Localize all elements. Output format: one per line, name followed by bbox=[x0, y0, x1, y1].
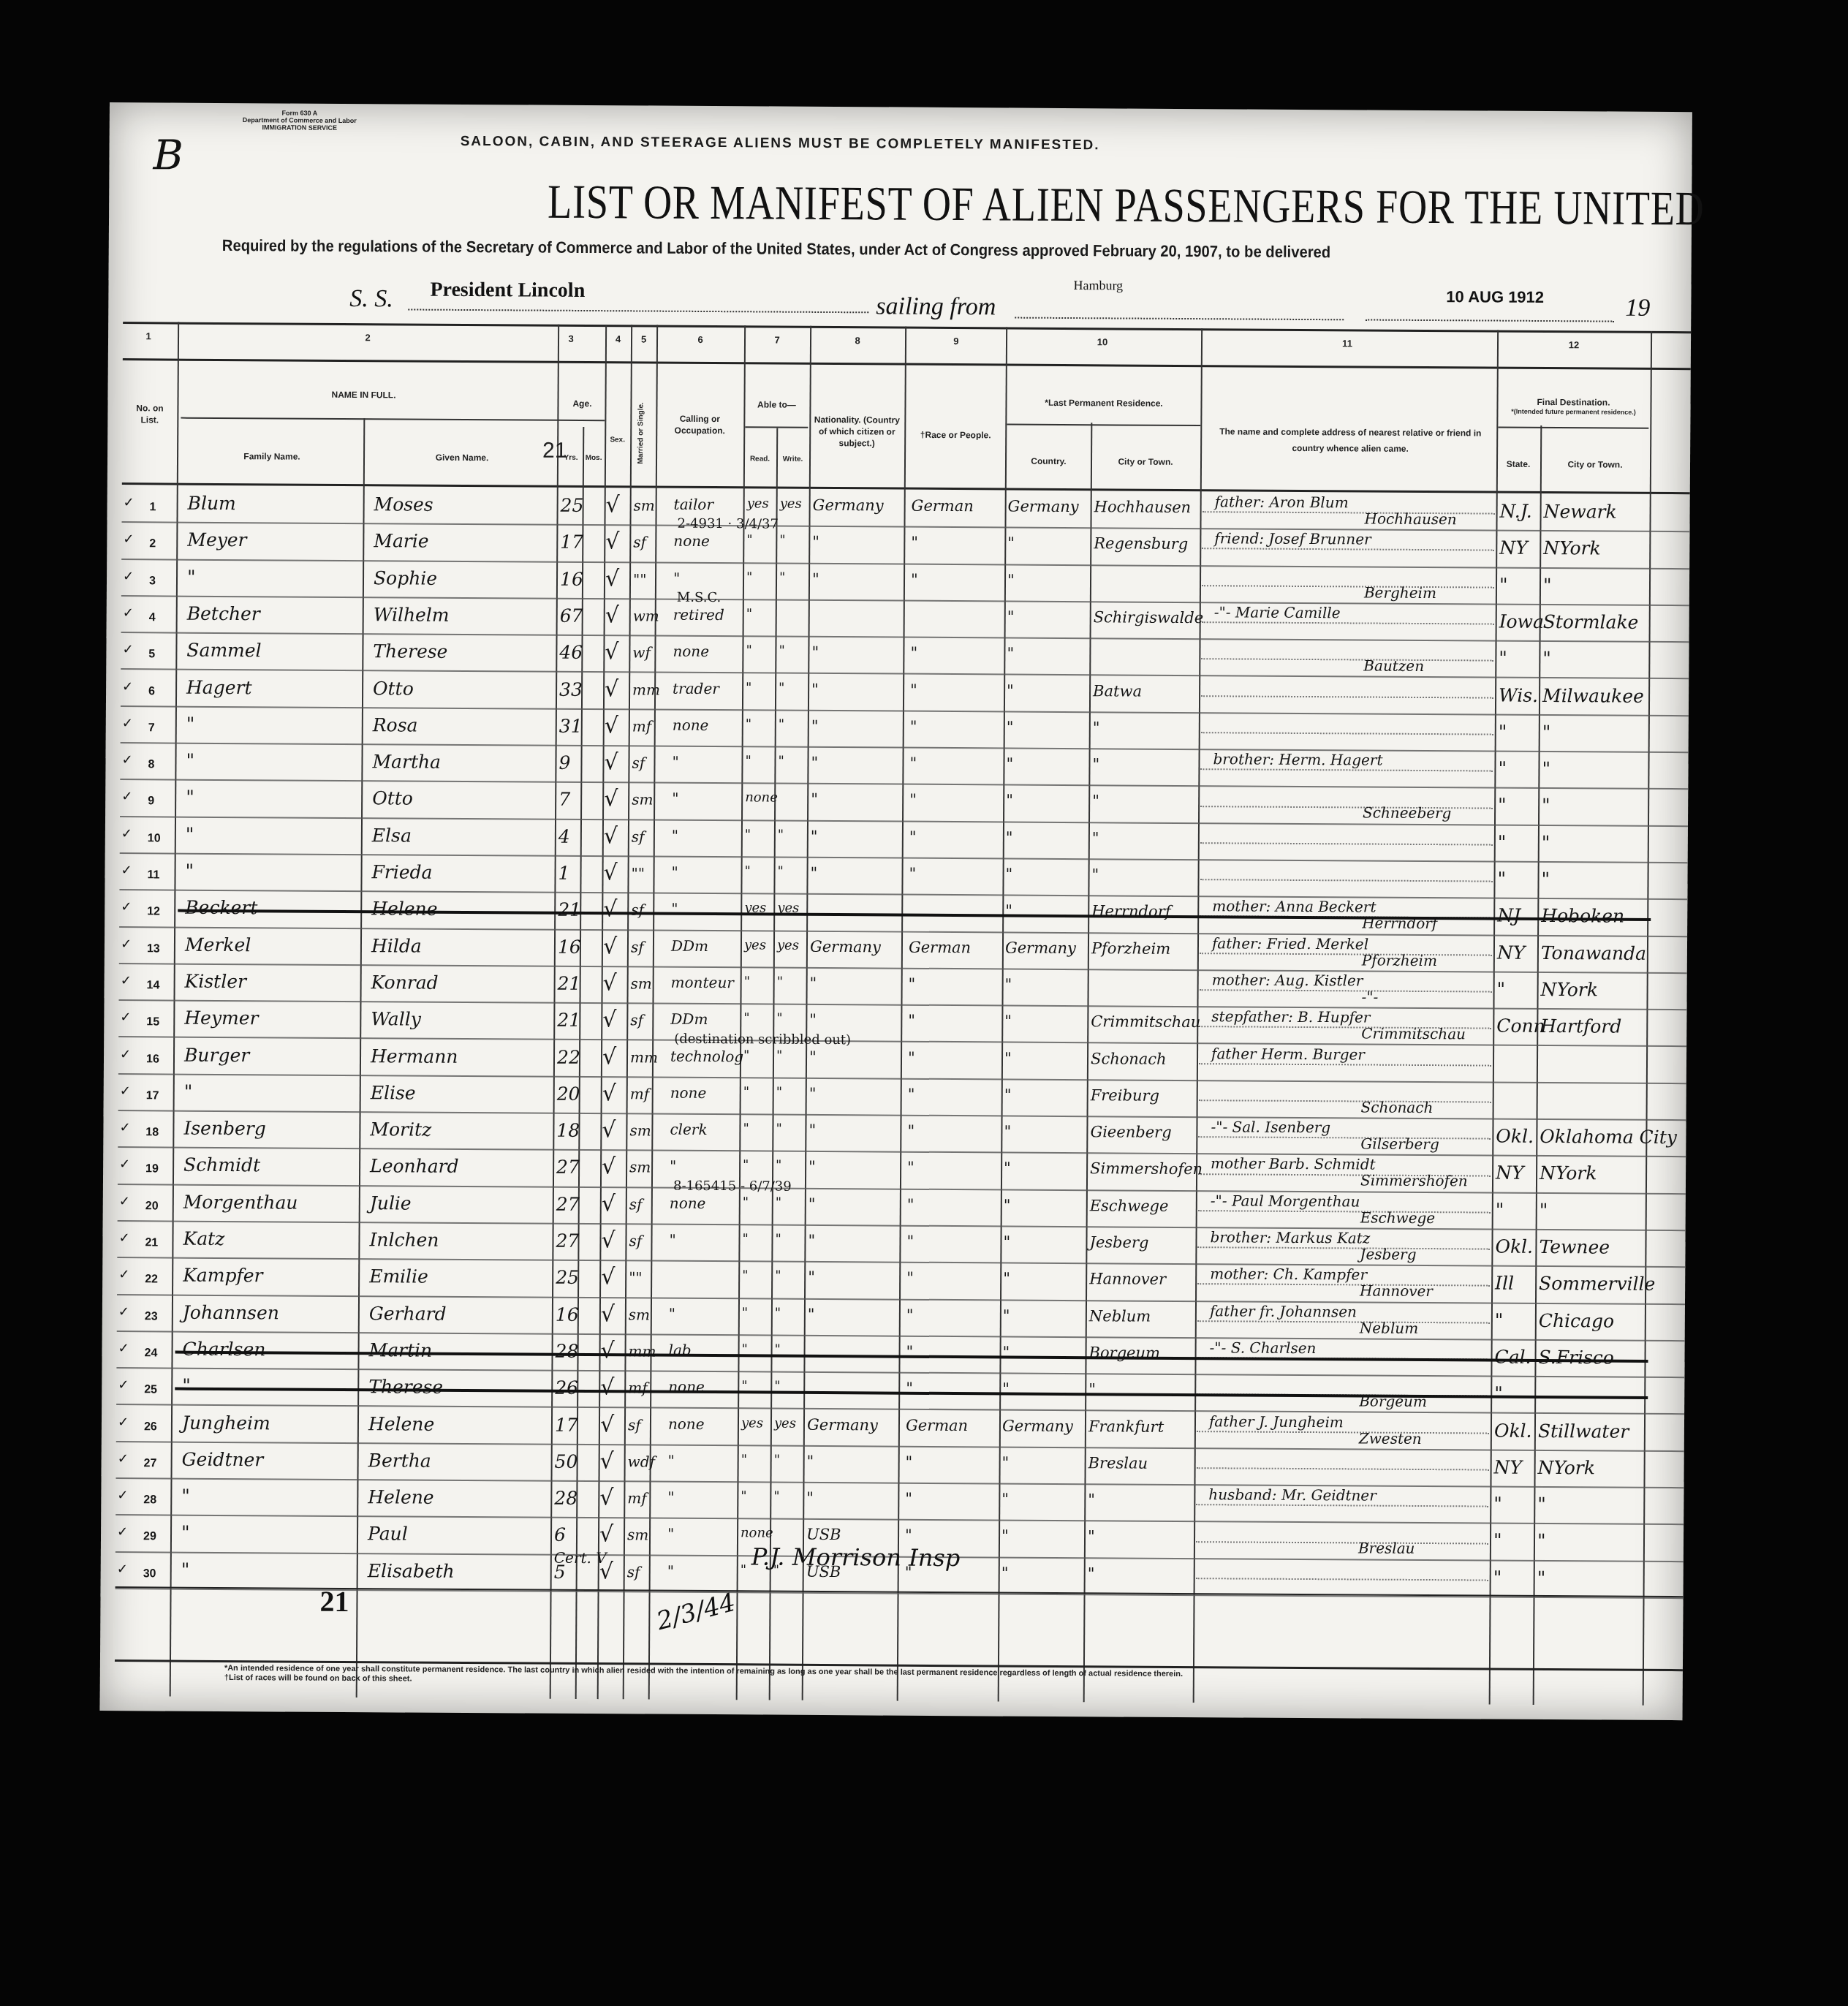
nearest-relative: -"- S. Charlsen bbox=[1210, 1339, 1317, 1357]
can-write: yes bbox=[774, 1415, 796, 1431]
given-name: Therese bbox=[373, 640, 447, 662]
nearest-relative: mother: Aug. Kistler bbox=[1212, 971, 1363, 989]
checkmark-icon: ✓ bbox=[118, 1341, 129, 1356]
race: " bbox=[910, 681, 917, 698]
relative-dotted-line bbox=[1197, 1320, 1490, 1323]
given-name: Therese bbox=[368, 1376, 443, 1398]
checkmark-icon: ✓ bbox=[122, 679, 133, 694]
family-name: " bbox=[186, 823, 194, 844]
checkmark-icon: ✓ bbox=[118, 1267, 129, 1282]
ss-label: S. S. bbox=[349, 285, 393, 313]
row-number: 22 bbox=[145, 1273, 158, 1287]
sex-marital: mf bbox=[627, 1489, 647, 1507]
age-years: 16 bbox=[556, 1303, 579, 1325]
race: " bbox=[906, 1453, 913, 1470]
given-name: Konrad bbox=[371, 972, 439, 993]
checkmark-icon: ✓ bbox=[117, 1488, 128, 1503]
can-write: " bbox=[776, 1121, 781, 1137]
can-write: " bbox=[774, 1452, 780, 1467]
residence-city: Eschwege bbox=[1090, 1197, 1169, 1215]
nearest-relative: brother: Herm. Hagert bbox=[1213, 750, 1382, 768]
can-read: " bbox=[746, 533, 752, 548]
race: " bbox=[908, 1085, 915, 1102]
residence-city: " bbox=[1088, 1491, 1095, 1508]
row-number: 20 bbox=[145, 1200, 159, 1213]
can-read: " bbox=[743, 1048, 749, 1063]
page-title: LIST OR MANIFEST OF ALIEN PASSENGERS FOR… bbox=[548, 175, 1705, 238]
can-write: " bbox=[775, 1268, 781, 1284]
nearest-relative: mother: Ch. Kampfer bbox=[1210, 1265, 1367, 1284]
nearest-relative: husband: Mr. Geidtner bbox=[1208, 1485, 1376, 1504]
can-read: " bbox=[743, 1121, 749, 1136]
sex-marital: sf bbox=[627, 1563, 640, 1581]
can-write: " bbox=[778, 754, 784, 769]
row-annotation: (destination scribbled out) bbox=[674, 1031, 851, 1047]
age-years: 67 bbox=[560, 605, 583, 627]
checkmark-icon: ✓ bbox=[121, 752, 132, 768]
relative-dotted-line bbox=[1199, 1063, 1491, 1066]
destination-state: " bbox=[1494, 1383, 1503, 1404]
can-write: " bbox=[779, 643, 784, 659]
checkmark-icon: ✓ bbox=[121, 863, 132, 878]
residence-city: Crimmitschau bbox=[1091, 1013, 1200, 1031]
checkmark-icon: ✓ bbox=[118, 1415, 129, 1430]
family-name: Schmidt bbox=[183, 1154, 260, 1176]
nearest-relative: stepfather: B. Hupfer bbox=[1211, 1007, 1370, 1026]
destination-state: Okl. bbox=[1496, 1126, 1534, 1147]
age-years: 21 bbox=[557, 1010, 580, 1031]
residence-city: Jesberg bbox=[1089, 1233, 1148, 1251]
row-number: 26 bbox=[144, 1420, 157, 1434]
age-years: 21 bbox=[558, 899, 581, 920]
can-write: yes bbox=[780, 496, 802, 512]
date-dotted-line bbox=[1366, 319, 1614, 322]
nearest-relative: friend: Josef Brunner bbox=[1214, 530, 1371, 548]
checkmark-icon: ✓ bbox=[118, 1451, 129, 1466]
nationality: " bbox=[811, 864, 818, 882]
nationality: " bbox=[808, 1232, 815, 1249]
row-number: 24 bbox=[144, 1347, 157, 1360]
row-number: 1 bbox=[150, 501, 156, 514]
nationality: " bbox=[811, 643, 819, 661]
residence-city: " bbox=[1092, 755, 1099, 773]
can-write: " bbox=[775, 1232, 781, 1247]
nationality: " bbox=[811, 828, 818, 845]
relative-city: Neblum bbox=[1360, 1319, 1419, 1336]
row-number: 10 bbox=[148, 832, 161, 845]
inspection-check-icon: √ bbox=[603, 896, 617, 922]
destination-city: Tonawanda bbox=[1541, 942, 1646, 964]
relative-dotted-line bbox=[1200, 879, 1493, 882]
can-write: " bbox=[779, 533, 785, 548]
can-read: yes bbox=[741, 1415, 763, 1431]
checkmark-icon: ✓ bbox=[123, 569, 134, 584]
family-name: Katz bbox=[183, 1228, 224, 1249]
given-name: Inlchen bbox=[369, 1229, 439, 1251]
residence-city: Hannover bbox=[1089, 1271, 1166, 1289]
sex-marital: sf bbox=[628, 1416, 641, 1434]
relative-city: Eschwege bbox=[1360, 1208, 1436, 1227]
given-name: Wally bbox=[371, 1008, 421, 1029]
row-number: 21 bbox=[145, 1236, 158, 1249]
sex-marital: "" bbox=[629, 1269, 643, 1287]
relative-dotted-line bbox=[1200, 989, 1492, 992]
family-name: " bbox=[182, 1375, 191, 1396]
residence-country: " bbox=[1007, 534, 1015, 552]
residence-country: " bbox=[1004, 1086, 1012, 1103]
checkmark-icon: ✓ bbox=[120, 1083, 131, 1099]
family-name: " bbox=[187, 566, 196, 587]
row-number: 3 bbox=[149, 575, 156, 588]
voyage-line: S. S. President Lincoln sailing from Ham… bbox=[349, 279, 1680, 324]
can-write: " bbox=[776, 1048, 782, 1063]
occupation: " bbox=[672, 753, 678, 771]
relative-city: Breslau bbox=[1358, 1540, 1415, 1557]
age-years: 16 bbox=[560, 568, 583, 589]
inspection-check-icon: √ bbox=[603, 860, 617, 885]
sheet-count: 21 bbox=[319, 1584, 349, 1619]
banner-heading: SALOON, CABIN, AND STEERAGE ALIENS MUST … bbox=[461, 134, 1100, 154]
column-number: 1 bbox=[137, 330, 159, 341]
destination-state: " bbox=[1497, 868, 1506, 890]
relative-dotted-line bbox=[1196, 1541, 1488, 1544]
family-name: " bbox=[186, 713, 195, 734]
can-read: " bbox=[741, 1452, 747, 1467]
header-write: Write. bbox=[776, 454, 809, 466]
destination-state: " bbox=[1499, 574, 1508, 595]
age-years: 9 bbox=[558, 752, 570, 773]
sex-marital: wm bbox=[633, 607, 659, 624]
occupation: " bbox=[673, 569, 680, 586]
can-read: " bbox=[741, 1488, 746, 1504]
header-final-destination: Final Destination. bbox=[1496, 396, 1650, 409]
family-name: " bbox=[186, 787, 194, 808]
destination-state: NJ bbox=[1497, 905, 1521, 926]
sex-marital: sm bbox=[629, 1159, 651, 1176]
sex-marital: mm bbox=[630, 1048, 658, 1066]
row-number: 7 bbox=[148, 722, 155, 735]
inspection-check-icon: √ bbox=[605, 529, 619, 554]
row-number: 16 bbox=[146, 1053, 159, 1066]
residence-city: Pforzheim bbox=[1091, 939, 1170, 958]
nationality: " bbox=[811, 790, 818, 808]
inspection-check-icon: √ bbox=[602, 1191, 616, 1216]
rule bbox=[123, 358, 1691, 370]
nearest-relative: father J. Jungheim bbox=[1209, 1412, 1344, 1431]
residence-country: " bbox=[1007, 608, 1015, 625]
inspection-check-icon: √ bbox=[605, 676, 618, 702]
family-name: Beckert bbox=[185, 897, 257, 919]
relative-dotted-line bbox=[1197, 1284, 1490, 1287]
family-name: " bbox=[184, 1080, 193, 1102]
row-number: 5 bbox=[148, 648, 155, 662]
column-number: 5 bbox=[631, 333, 656, 344]
checkmark-icon: ✓ bbox=[122, 642, 133, 657]
relative-city: Bergheim bbox=[1364, 583, 1436, 602]
destination-city: Newark bbox=[1544, 501, 1617, 523]
given-name: Otto bbox=[373, 678, 414, 699]
race: " bbox=[908, 1012, 915, 1029]
relative-dotted-line bbox=[1200, 768, 1493, 771]
can-read: " bbox=[746, 569, 752, 585]
destination-city: Oklahoma City bbox=[1540, 1126, 1677, 1148]
nearest-relative: -"- Sal. Isenberg bbox=[1211, 1118, 1330, 1136]
checkmark-icon: ✓ bbox=[119, 1120, 130, 1135]
sex-marital: mf bbox=[628, 1379, 648, 1397]
can-read: " bbox=[742, 1268, 748, 1284]
residence-city: Schonach bbox=[1091, 1050, 1167, 1068]
header-final-destination-note: *(Intended future permanent residence.) bbox=[1504, 408, 1643, 417]
residence-city: " bbox=[1092, 829, 1099, 847]
sex-marital: mf bbox=[630, 1085, 650, 1102]
family-name: " bbox=[181, 1559, 190, 1580]
can-read: " bbox=[743, 1195, 749, 1210]
nationality: Germany bbox=[810, 937, 881, 955]
nationality: " bbox=[809, 1048, 817, 1065]
relative-dotted-line bbox=[1197, 1246, 1490, 1249]
given-name: Wilhelm bbox=[374, 604, 450, 626]
residence-country: Germany bbox=[1005, 939, 1076, 957]
can-write: " bbox=[778, 827, 784, 842]
given-name: Rosa bbox=[373, 714, 418, 735]
destination-state: N.J. bbox=[1500, 501, 1532, 522]
nationality: " bbox=[806, 1489, 814, 1507]
race: " bbox=[907, 1159, 914, 1176]
inspection-check-icon: √ bbox=[602, 1080, 616, 1106]
can-read: " bbox=[743, 1158, 749, 1173]
residence-country: " bbox=[1001, 1527, 1009, 1545]
race: " bbox=[910, 718, 917, 735]
inspection-check-icon: √ bbox=[605, 713, 618, 738]
race: " bbox=[910, 644, 917, 662]
checkmark-icon: ✓ bbox=[121, 973, 132, 988]
family-name: Burger bbox=[184, 1044, 249, 1066]
given-name: Frieda bbox=[371, 861, 432, 883]
header-city: City or Town. bbox=[1091, 455, 1200, 468]
relative-dotted-line bbox=[1199, 1099, 1491, 1102]
header-read: Read. bbox=[743, 453, 776, 465]
inspection-check-icon: √ bbox=[600, 1412, 614, 1437]
given-name: Sophie bbox=[374, 567, 437, 589]
destination-state: Iowa bbox=[1499, 611, 1544, 632]
can-read: " bbox=[741, 1562, 746, 1578]
can-write: yes bbox=[777, 937, 799, 953]
residence-city: Schirgiswalde bbox=[1094, 608, 1204, 627]
family-name: " bbox=[181, 1485, 190, 1507]
destination-state: NY bbox=[1496, 1162, 1524, 1184]
residence-country: " bbox=[1006, 755, 1013, 773]
relative-dotted-line bbox=[1196, 1578, 1488, 1581]
relative-dotted-line bbox=[1202, 621, 1494, 624]
family-name: Kampfer bbox=[183, 1265, 262, 1287]
residence-country: " bbox=[1004, 1123, 1011, 1140]
residence-country: " bbox=[1003, 1306, 1010, 1324]
header-able-to: Able to— bbox=[743, 398, 809, 411]
can-read: " bbox=[746, 643, 751, 659]
residence-country: " bbox=[1004, 1049, 1012, 1067]
race: " bbox=[909, 975, 916, 993]
sex-marital: sf bbox=[631, 938, 644, 955]
destination-state: " bbox=[1493, 1530, 1502, 1551]
row-number: 18 bbox=[145, 1126, 159, 1139]
can-read: " bbox=[745, 863, 751, 879]
relative-city: Bautzen bbox=[1363, 657, 1424, 675]
inspection-check-icon: √ bbox=[602, 1007, 616, 1032]
inspection-check-icon: √ bbox=[604, 749, 618, 775]
relative-city: Gilserberg bbox=[1360, 1135, 1439, 1154]
can-read: " bbox=[745, 827, 751, 842]
sex-marital: wf bbox=[632, 644, 651, 662]
occupation: none bbox=[673, 643, 709, 660]
checkmark-icon: ✓ bbox=[119, 1194, 130, 1209]
destination-state: Wis. bbox=[1499, 684, 1538, 705]
destination-city: " bbox=[1540, 1200, 1548, 1221]
nearest-relative: mother: Anna Beckert bbox=[1212, 898, 1376, 916]
destination-city: " bbox=[1542, 832, 1550, 853]
given-name: Elsa bbox=[372, 825, 412, 846]
family-name: Charlsen bbox=[182, 1339, 265, 1360]
age-years: 22 bbox=[557, 1046, 580, 1067]
can-write: " bbox=[779, 569, 785, 585]
occupation: " bbox=[670, 1157, 676, 1175]
residence-city: Simmershofen bbox=[1090, 1160, 1203, 1178]
row-number: 12 bbox=[147, 906, 160, 919]
destination-city: NYork bbox=[1543, 537, 1601, 559]
given-name: Martin bbox=[368, 1339, 432, 1361]
residence-city: " bbox=[1092, 792, 1099, 810]
destination-city: NYork bbox=[1538, 1457, 1596, 1478]
nationality: " bbox=[811, 754, 818, 771]
given-name: Moritz bbox=[370, 1119, 431, 1140]
destination-city: Sommerville bbox=[1539, 1273, 1655, 1295]
destination-state: Ill bbox=[1495, 1273, 1514, 1294]
sex-marital: sf bbox=[629, 1232, 642, 1249]
relative-city: Hannover bbox=[1360, 1282, 1433, 1301]
header-yrs: Yrs. bbox=[559, 453, 583, 464]
race: German bbox=[912, 497, 974, 515]
destination-city: " bbox=[1542, 648, 1551, 669]
row-number: 13 bbox=[147, 942, 160, 955]
race: " bbox=[907, 1122, 914, 1140]
checkmark-icon: ✓ bbox=[121, 826, 132, 841]
age-years: 28 bbox=[554, 1488, 577, 1509]
checkmark-icon: ✓ bbox=[118, 1377, 129, 1393]
row-number: 2 bbox=[149, 538, 156, 551]
race: " bbox=[905, 1526, 912, 1544]
header-no-on-list: No. on List. bbox=[129, 402, 170, 425]
sheet-mark: B bbox=[153, 132, 183, 179]
residence-country: " bbox=[1004, 1013, 1012, 1030]
destination-city: NYork bbox=[1540, 1162, 1597, 1184]
can-read: " bbox=[745, 753, 751, 768]
age-years: 4 bbox=[558, 825, 570, 847]
column-number: 4 bbox=[605, 333, 631, 344]
can-write: " bbox=[779, 680, 784, 695]
age-years: 31 bbox=[559, 716, 583, 737]
family-name: Sammel bbox=[186, 640, 261, 662]
residence-city: Freiburg bbox=[1091, 1086, 1159, 1105]
can-write: " bbox=[779, 716, 784, 732]
sex-marital: sm bbox=[627, 1526, 648, 1544]
inspection-check-icon: √ bbox=[600, 1374, 614, 1400]
destination-state: Okl. bbox=[1495, 1236, 1533, 1257]
residence-country: " bbox=[1001, 1564, 1009, 1581]
can-read: " bbox=[746, 680, 751, 695]
row-number: 15 bbox=[146, 1016, 159, 1029]
family-name: Johannsen bbox=[183, 1301, 279, 1323]
age-years: 25 bbox=[561, 495, 584, 516]
nationality: " bbox=[810, 974, 817, 992]
ship-dotted-line bbox=[408, 309, 868, 313]
checkmark-icon: ✓ bbox=[118, 1230, 129, 1246]
can-write: " bbox=[773, 1489, 779, 1504]
occupation: none bbox=[668, 1415, 705, 1432]
destination-city: " bbox=[1541, 868, 1550, 890]
age-years: 17 bbox=[560, 531, 583, 553]
age-years: 27 bbox=[556, 1157, 580, 1178]
race: " bbox=[906, 1233, 914, 1250]
can-write: " bbox=[777, 974, 783, 989]
row-number: 23 bbox=[145, 1310, 158, 1323]
column-number: 9 bbox=[945, 336, 967, 347]
family-name: Meyer bbox=[187, 529, 246, 550]
header-calling: Calling or Occupation. bbox=[659, 413, 740, 437]
occupation: none bbox=[670, 1084, 707, 1102]
relative-dotted-line bbox=[1197, 1467, 1489, 1470]
inspection-check-icon: √ bbox=[604, 787, 618, 812]
residence-country: " bbox=[1006, 866, 1013, 883]
relative-dotted-line bbox=[1201, 732, 1493, 735]
given-name: Paul bbox=[368, 1524, 408, 1545]
header-age: Age. bbox=[561, 398, 603, 409]
age-years: 6 bbox=[554, 1524, 566, 1545]
destination-state: " bbox=[1498, 795, 1507, 816]
occupation: trader bbox=[673, 679, 719, 697]
occupation: " bbox=[672, 790, 678, 807]
residence-city: " bbox=[1093, 719, 1100, 736]
destination-state: " bbox=[1499, 721, 1507, 742]
occupation: DDm bbox=[671, 936, 708, 954]
header-country: Country. bbox=[1007, 455, 1091, 468]
residence-city: " bbox=[1088, 1528, 1095, 1545]
occupation: none bbox=[673, 716, 709, 734]
destination-state: NY bbox=[1494, 1456, 1523, 1477]
residence-country: " bbox=[1007, 645, 1014, 662]
given-name: Gerhard bbox=[369, 1303, 447, 1325]
nationality: " bbox=[809, 1011, 817, 1029]
can-read: " bbox=[743, 1084, 749, 1099]
occupation: " bbox=[672, 826, 678, 844]
residence-city: Gieenberg bbox=[1090, 1123, 1171, 1141]
checkmark-icon: ✓ bbox=[121, 936, 132, 952]
destination-state: NY bbox=[1497, 942, 1526, 963]
residence-country: " bbox=[1001, 1491, 1009, 1508]
certificate-note: Cert. V bbox=[554, 1549, 607, 1567]
given-name: Leonhard bbox=[370, 1156, 459, 1178]
checkmark-icon: ✓ bbox=[117, 1524, 128, 1540]
relative-dotted-line bbox=[1201, 695, 1493, 698]
destination-state: Cal. bbox=[1494, 1346, 1531, 1367]
row-number: 27 bbox=[144, 1457, 157, 1470]
residence-country: " bbox=[1006, 828, 1013, 846]
destination-state: " bbox=[1497, 979, 1506, 1000]
race: " bbox=[909, 791, 917, 809]
age-years: 21 bbox=[558, 973, 581, 994]
age-years: 7 bbox=[558, 789, 570, 810]
relative-city: Schneeberg bbox=[1363, 804, 1451, 822]
destination-state: Conn bbox=[1496, 1015, 1545, 1037]
destination-city: NYork bbox=[1541, 979, 1599, 1000]
